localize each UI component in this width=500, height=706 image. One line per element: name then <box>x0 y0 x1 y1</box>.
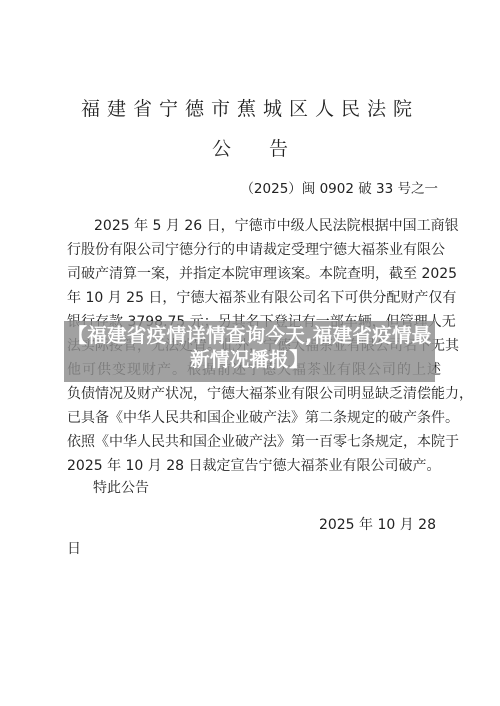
body-line: 司破产清算一案，并指定本院审理该案。本院查明，截至 2025 <box>67 265 441 283</box>
body-line: 负债情况及财产状况，宁德大福茶业有限公司明显缺乏清偿能力， <box>67 385 447 403</box>
body-line: 2025 年 5 月 26 日，宁德市中级人民法院根据中国工商银 <box>94 217 441 235</box>
case-number: （2025）闽 0902 破 33 号之一 <box>240 177 438 197</box>
overlay-title-banner: 【福建省疫情详情查询今天,福建省疫情最新情况播报】 <box>64 321 435 382</box>
body-line: 年 10 月 25 日，宁德大福茶业有限公司名下可供分配财产仅有 <box>67 289 441 307</box>
body-line: 2025 年 10 月 28 日裁定宣告宁德大福茶业有限公司破产。 <box>67 457 441 475</box>
court-notice-document: 福建省宁德市蕉城区人民法院 公 告 （2025）闽 0902 破 33 号之一 … <box>0 0 500 706</box>
notice-title: 公 告 <box>0 134 500 161</box>
banner-title-text: 【福建省疫情详情查询今天,福建省疫情最新情况播报】 <box>64 321 435 372</box>
signature-date-day: 日 <box>67 538 81 558</box>
signature-date: 2025 年 10 月 28 <box>319 514 436 534</box>
body-line: 依照《中华人民共和国企业破产法》第一百零七条规定，本院于 <box>67 433 441 451</box>
court-name-heading: 福建省宁德市蕉城区人民法院 <box>0 94 500 121</box>
closing-line: 特此公告 <box>93 479 149 497</box>
body-line: 行股份有限公司宁德分行的申请裁定受理宁德大福茶业有限公 <box>67 241 441 259</box>
body-line: 已具备《中华人民共和国企业破产法》第二条规定的破产条件。 <box>67 409 441 427</box>
